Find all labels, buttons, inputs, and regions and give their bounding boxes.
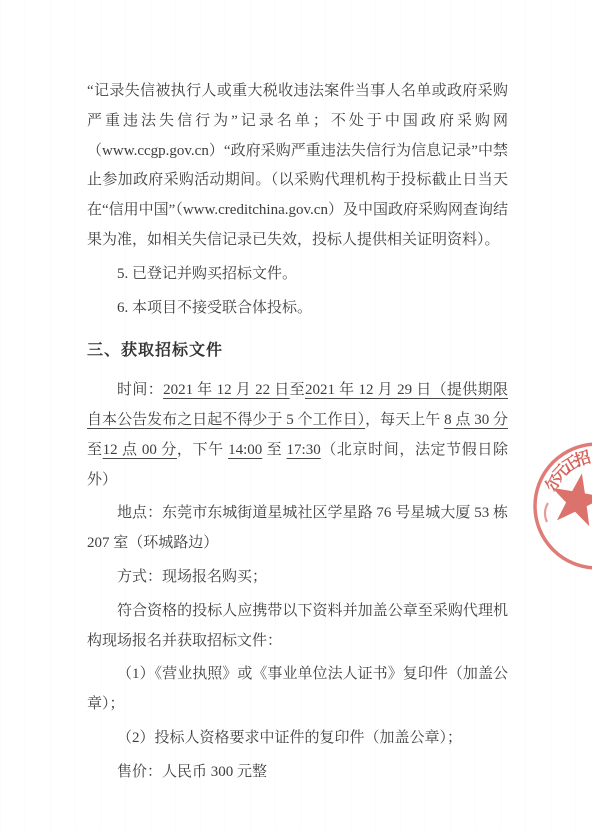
text-segment: 方式：现场报名购买； (117, 569, 267, 585)
paragraph: “记录失信被执行人或重大税收违法案件当事人名单或政府采购严重违法失信行为”记录名… (87, 77, 508, 256)
text-segment: 6. 本项目不接受联合体投标。 (117, 300, 312, 316)
seal-ring (535, 444, 592, 568)
document-body: “记录失信被执行人或重大税收违法案件当事人名单或政府采购严重违法失信行为”记录名… (87, 77, 508, 792)
red-company-seal-stamp: 尔元正招 (512, 421, 592, 591)
text-segment: 地点：东莞市东城街道星城社区学星路 76 号星城大厦 53 栋 207 室（环城… (87, 505, 508, 551)
text-segment: ，每天上午 (365, 412, 444, 428)
paragraph: 售价：人民币 300 元整 (87, 758, 508, 788)
seal-star-icon (552, 473, 592, 526)
paragraph: 方式：现场报名购买； (87, 563, 508, 593)
paragraph: 地点：东莞市东城街道星城社区学星路 76 号星城大厦 53 栋 207 室（环城… (87, 499, 508, 559)
text-segment: 至 (262, 442, 286, 458)
text-segment: 售价：人民币 300 元整 (117, 764, 267, 780)
paragraph: 时间：2021 年 12 月 22 日至2021 年 12 月 29 日（提供期… (87, 376, 508, 495)
text-segment: 至 (87, 442, 103, 458)
text-segment: 符合资格的投标人应携带以下资料并加盖公章至采购代理机构现场报名并获取招标文件： (87, 603, 508, 649)
text-segment: 时间： (117, 382, 163, 398)
paragraph: 5. 已登记并购买招标文件。 (87, 260, 508, 290)
text-segment: 5. 已登记并购买招标文件。 (117, 266, 297, 282)
seal-character: 尔 (541, 471, 565, 494)
text-segment: “记录失信被执行人或重大税收违法案件当事人名单或政府采购严重违法失信行为”记录名… (87, 83, 508, 248)
underlined-text-segment: 8 点 30 分 (444, 412, 508, 428)
text-segment: （2）投标人资格要求中证件的复印件（加盖公章）； (117, 730, 462, 746)
scanned-document-screenshot: { "document": { "blocks": [ { "type": "p… (0, 0, 592, 831)
text-segment: 至 (290, 382, 305, 398)
seal-character: 招 (571, 447, 592, 470)
text-segment: （1）《营业执照》或《事业单位法人证书》复印件（加盖公章）； (87, 666, 508, 712)
underlined-text-segment: 17:30 (287, 442, 321, 458)
paragraph: （2）投标人资格要求中证件的复印件（加盖公章）； (87, 724, 508, 754)
seal-graphics: 尔元正招 (535, 444, 592, 568)
seal-character: 正 (559, 453, 582, 477)
paragraph: （1）《营业执照》或《事业单位法人证书》复印件（加盖公章）； (87, 660, 508, 720)
paragraph: 6. 本项目不接受联合体投标。 (87, 294, 508, 324)
paragraph: 符合资格的投标人应携带以下资料并加盖公章至采购代理机构现场报名并获取招标文件： (87, 597, 508, 657)
underlined-text-segment: 14:00 (228, 442, 262, 458)
text-segment: ，下午 (177, 442, 228, 458)
seal-character: 元 (549, 461, 573, 485)
seal-inner-mark (545, 503, 548, 522)
document-page: “记录失信被执行人或重大税收违法案件当事人名单或政府采购严重违法失信行为”记录名… (0, 0, 592, 831)
underlined-text-segment: 12 点 00 分 (103, 442, 177, 458)
section-heading: 三、获取招标文件 (87, 336, 508, 366)
underlined-text-segment: 2021 年 12 月 22 日 (163, 382, 290, 398)
seal-arc-text: 尔元正招 (541, 447, 592, 494)
